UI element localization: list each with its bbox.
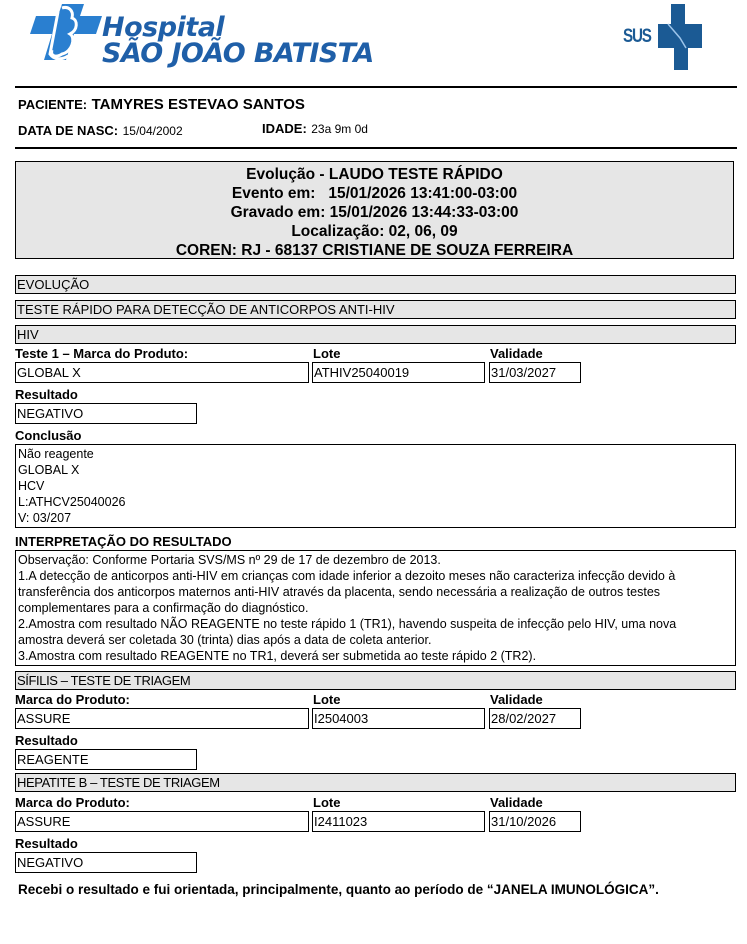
hospital-logo-line2: SÃO JOÃO BATISTA: [102, 38, 374, 69]
age-row: IDADE: 23a 9m 0d: [262, 120, 368, 138]
hepatitis-b-brand-field: ASSURE: [15, 811, 309, 832]
section-syphilis: SÍFILIS – TESTE DE TRIAGEM: [15, 671, 736, 690]
hepatitis-b-brand-label: Marca do Produto:: [15, 795, 130, 810]
header-divider: [15, 86, 737, 88]
birth-date-row: DATA DE NASC: 15/04/2002: [18, 122, 183, 140]
conclusion-line: L:ATHCV25040026: [18, 494, 733, 510]
syphilis-result-field: REAGENTE: [15, 749, 197, 770]
report-title: Evolução - LAUDO TESTE RÁPIDO: [16, 165, 733, 184]
acknowledgement-text: Recebi o resultado e fui orientada, prin…: [18, 882, 659, 897]
interpretation-line: 3.Amostra com resultado REAGENTE no TR1,…: [18, 648, 733, 664]
hepatitis-b-lot-field: I2411023: [312, 811, 485, 832]
hiv-validity-label: Validade: [490, 346, 543, 361]
hiv-validity-field: 31/03/2027: [489, 362, 581, 383]
hiv-result-field: NEGATIVO: [15, 403, 197, 424]
hepatitis-b-result-label: Resultado: [15, 836, 78, 851]
report-banner: Evolução - LAUDO TESTE RÁPIDO Evento em:…: [15, 161, 734, 259]
syphilis-validity-field: 28/02/2027: [489, 708, 581, 729]
event-datetime: Evento em: 15/01/2026 13:41:00-03:00: [16, 184, 733, 203]
conclusion-box: Não reagente GLOBAL X HCV L:ATHCV2504002…: [15, 444, 736, 528]
recorded-datetime: Gravado em: 15/01/2026 13:44:33-03:00: [16, 203, 733, 222]
sus-logo: SUS: [620, 2, 710, 72]
location: Localização: 02, 06, 09: [16, 222, 733, 241]
hiv-lot-label: Lote: [313, 346, 340, 361]
interpretation-line: 2.Amostra com resultado NÃO REAGENTE no …: [18, 616, 733, 632]
patient-name: TAMYRES ESTEVAO SANTOS: [92, 96, 305, 113]
interpretation-line: complementares para a confirmação do dia…: [18, 600, 733, 616]
hepatitis-b-result-field: NEGATIVO: [15, 852, 197, 873]
section-hiv: HIV: [15, 325, 736, 344]
syphilis-lot-field: I2504003: [312, 708, 485, 729]
conclusion-line: GLOBAL X: [18, 462, 733, 478]
interpretation-label: INTERPRETAÇÃO DO RESULTADO: [15, 534, 232, 549]
coren-signature: COREN: RJ - 68137 CRISTIANE DE SOUZA FER…: [16, 241, 733, 260]
conclusion-label: Conclusão: [15, 428, 81, 443]
conclusion-line: V: 03/207: [18, 510, 733, 526]
interpretation-line: Observação: Conforme Portaria SVS/MS nº …: [18, 552, 733, 568]
hepatitis-b-validity-label: Validade: [490, 795, 543, 810]
patient-name-label: PACIENTE:: [18, 97, 87, 112]
conclusion-line: HCV: [18, 478, 733, 494]
syphilis-result-label: Resultado: [15, 733, 78, 748]
patient-name-row: PACIENTE: TAMYRES ESTEVAO SANTOS: [18, 96, 305, 114]
interpretation-line: 1.A detecção de anticorpos anti-HIV em c…: [18, 568, 733, 584]
hiv-brand-field: GLOBAL X: [15, 362, 309, 383]
section-hiv-test-title: TESTE RÁPIDO PARA DETECÇÃO DE ANTICORPOS…: [15, 300, 736, 319]
hiv-result-label: Resultado: [15, 387, 78, 402]
sus-cross-icon: [656, 2, 706, 72]
sus-logo-text: SUS: [623, 26, 651, 48]
conclusion-line: Não reagente: [18, 446, 733, 462]
hiv-lot-field: ATHIV25040019: [312, 362, 485, 383]
syphilis-brand-label: Marca do Produto:: [15, 692, 130, 707]
age: 23a 9m 0d: [311, 122, 368, 136]
birth-date-label: DATA DE NASC:: [18, 123, 118, 138]
age-label: IDADE:: [262, 121, 307, 136]
interpretation-line: transferência dos anticorpos maternos an…: [18, 584, 733, 600]
hepatitis-b-validity-field: 31/10/2026: [489, 811, 581, 832]
interpretation-line: amostra deverá ser coletada 30 (trinta) …: [18, 632, 733, 648]
patient-divider: [15, 147, 737, 149]
syphilis-validity-label: Validade: [490, 692, 543, 707]
birth-date: 15/04/2002: [123, 124, 183, 138]
hepatitis-b-lot-label: Lote: [313, 795, 340, 810]
section-hepatitis-b: HEPATITE B – TESTE DE TRIAGEM: [15, 773, 736, 792]
hiv-brand-label: Teste 1 – Marca do Produto:: [15, 346, 188, 361]
section-evolucao: EVOLUÇÃO: [15, 275, 736, 294]
hospital-logo: Hospital SÃO JOÃO BATISTA: [28, 2, 358, 68]
syphilis-lot-label: Lote: [313, 692, 340, 707]
interpretation-box: Observação: Conforme Portaria SVS/MS nº …: [15, 550, 736, 666]
hospital-cross-icon: [28, 2, 102, 68]
syphilis-brand-field: ASSURE: [15, 708, 309, 729]
